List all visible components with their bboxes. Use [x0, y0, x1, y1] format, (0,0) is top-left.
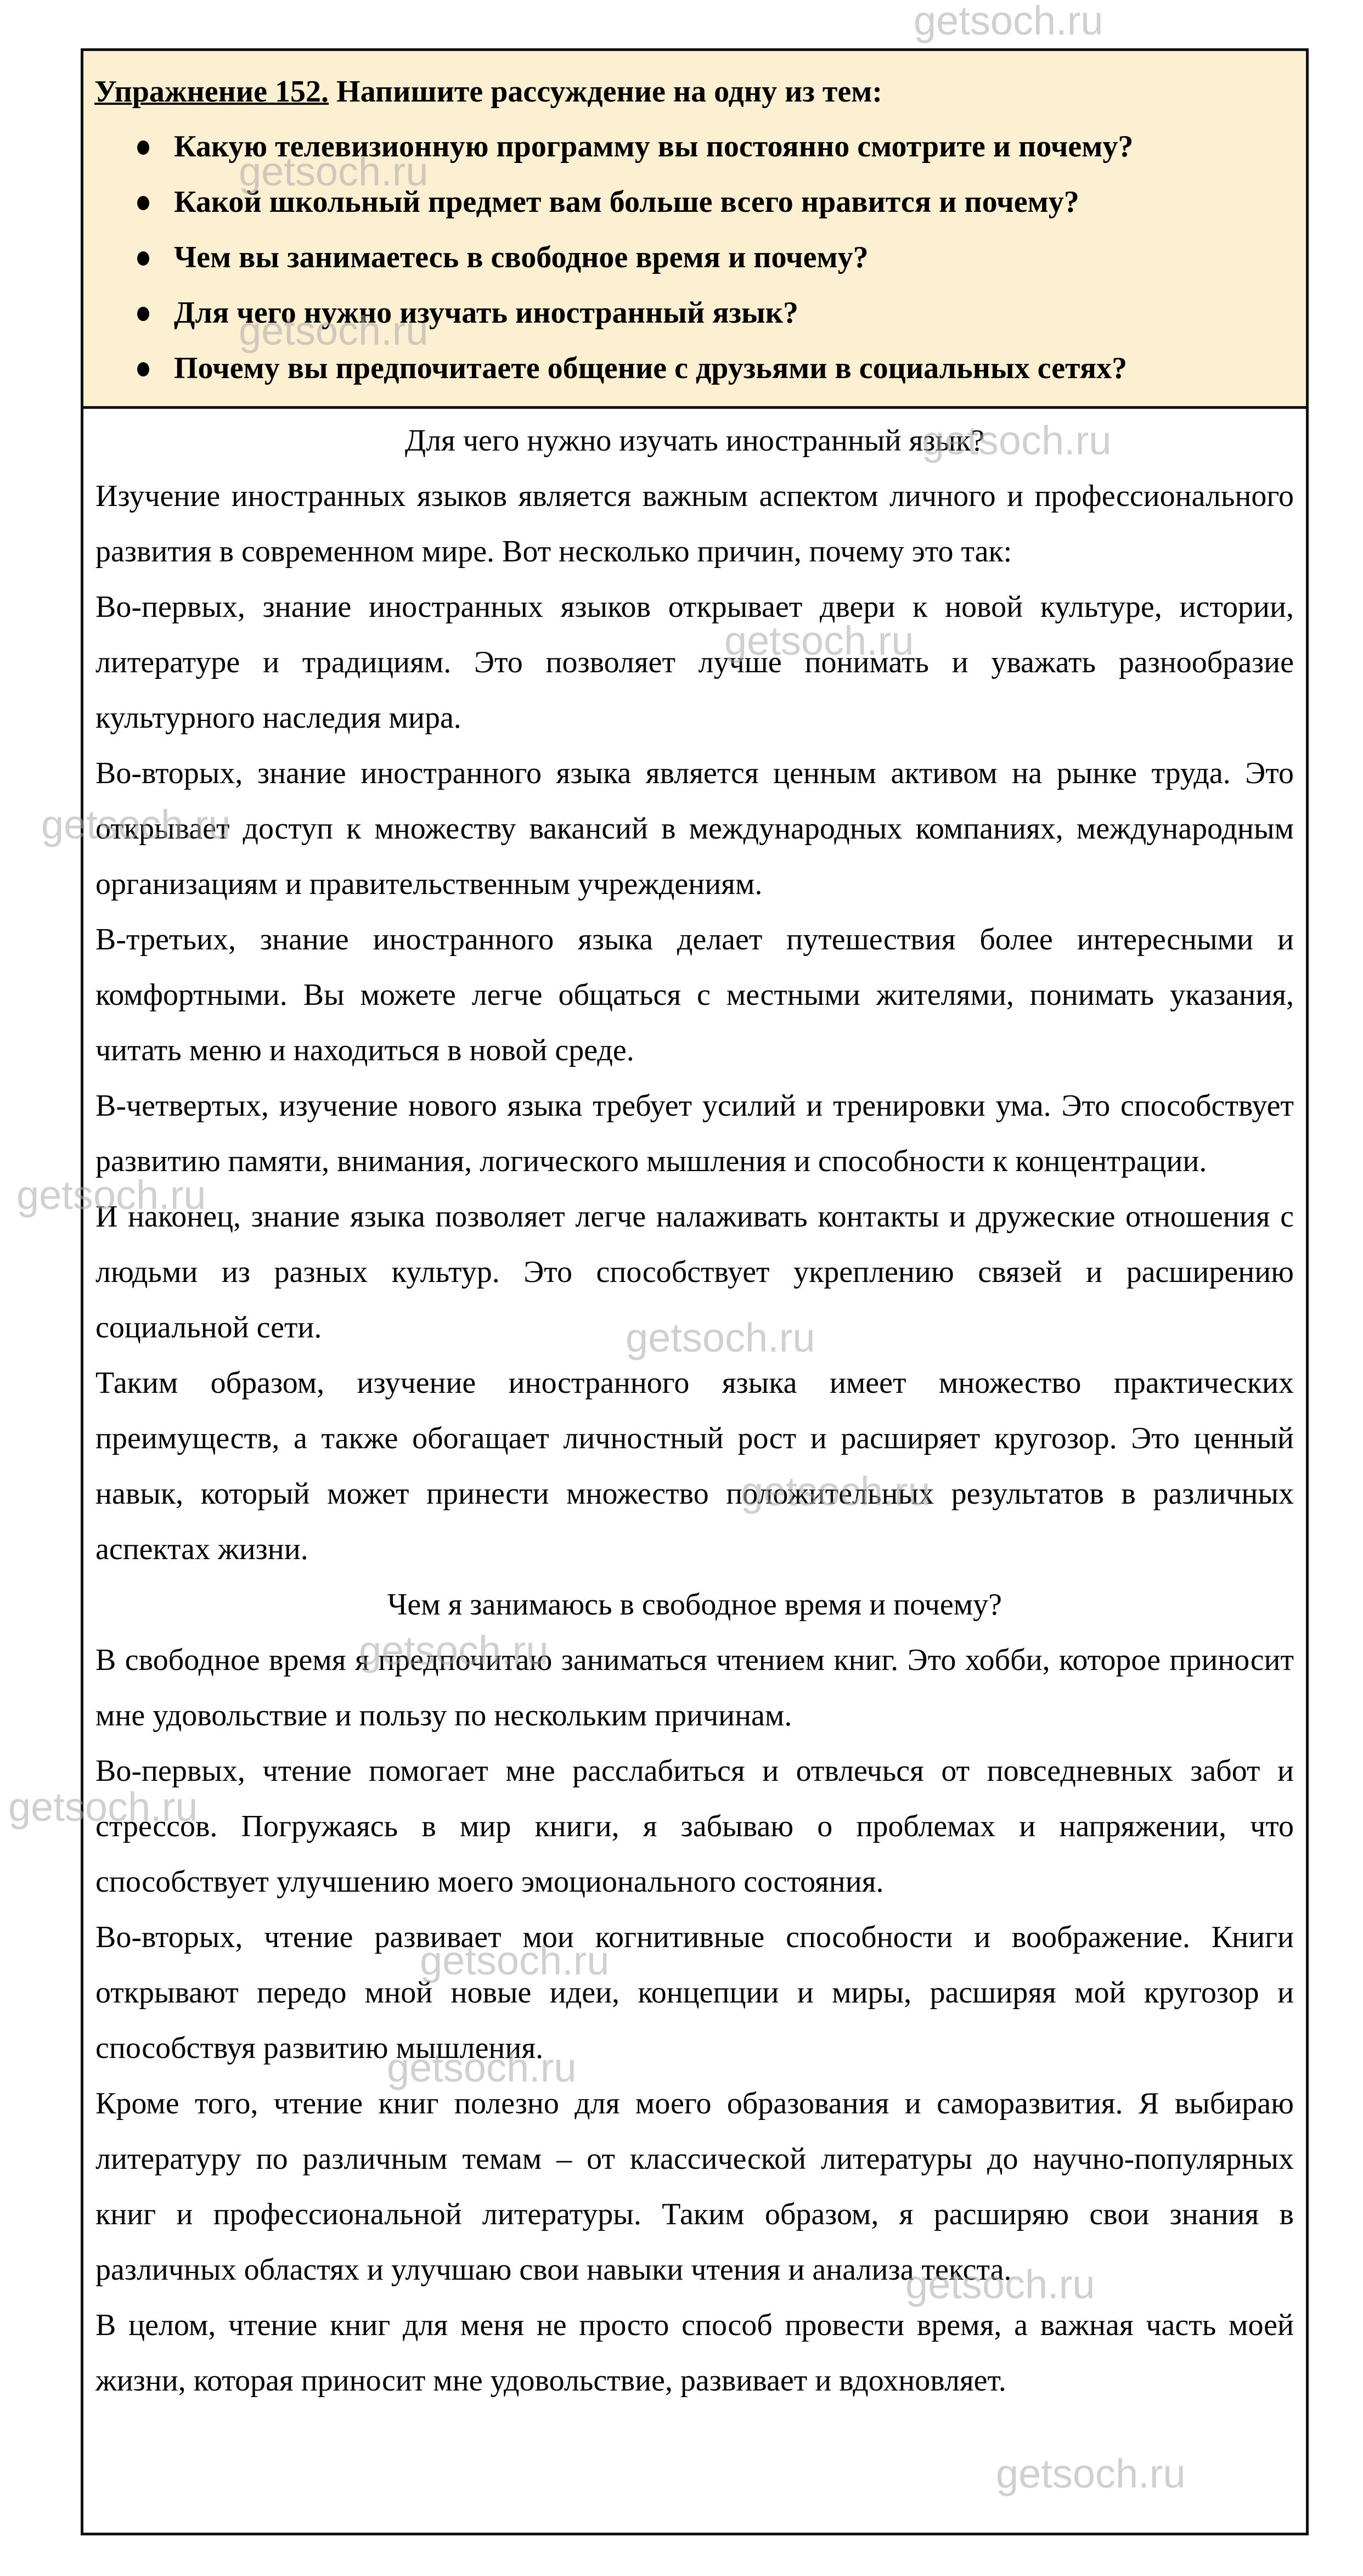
- exercise-number: Упражнение 152.: [94, 75, 329, 109]
- topic-item: Почему вы предпочитаете общение с друзья…: [94, 341, 1295, 396]
- essay-paragraph: В-третьих, знание иностранного языка дел…: [95, 912, 1294, 1078]
- essay-paragraph: Изучение иностранных языков является важ…: [95, 469, 1294, 580]
- essay-paragraph: В свободное время я предпочитаю занимать…: [95, 1633, 1294, 1743]
- task-header: Упражнение 152. Напишите рассуждение на …: [83, 51, 1306, 409]
- answer-body: Для чего нужно изучать иностранный язык?…: [83, 409, 1306, 2409]
- essay-paragraph: Во-вторых, чтение развивает мои когнитив…: [95, 1910, 1294, 2076]
- essay-paragraph: В-четвертых, изучение нового языка требу…: [95, 1078, 1294, 1189]
- essay-paragraph: В целом, чтение книг для меня не просто …: [95, 2298, 1294, 2409]
- topic-item: Чем вы занимаетесь в свободное время и п…: [94, 230, 1295, 285]
- essay-paragraph: Таким образом, изучение иностранного язы…: [95, 1356, 1294, 1577]
- topic-item: Какой школьный предмет вам больше всего …: [94, 175, 1295, 230]
- essay-paragraph: Во-вторых, знание иностранного языка явл…: [95, 746, 1294, 912]
- topic-item: Какую телевизионную программу вы постоян…: [94, 119, 1295, 175]
- exercise-box: Упражнение 152. Напишите рассуждение на …: [81, 48, 1309, 2535]
- essay-title: Для чего нужно изучать иностранный язык?: [95, 413, 1294, 469]
- topic-item: Для чего нужно изучать иностранный язык?: [94, 285, 1295, 341]
- essay-paragraph: Кроме того, чтение книг полезно для моег…: [95, 2076, 1294, 2298]
- watermark: getsoch.ru: [914, 0, 1103, 44]
- essay-title: Чем я занимаюсь в свободное время и поче…: [95, 1577, 1294, 1633]
- task-title: Упражнение 152. Напишите рассуждение на …: [94, 64, 1295, 119]
- essay-paragraph: И наконец, знание языка позволяет легче …: [95, 1189, 1294, 1356]
- essay-paragraph: Во-первых, знание иностранных языков отк…: [95, 580, 1294, 746]
- exercise-instruction: Напишите рассуждение на одну из тем:: [329, 75, 882, 109]
- essay-paragraph: Во-первых, чтение помогает мне расслабит…: [95, 1743, 1294, 1910]
- topic-list: Какую телевизионную программу вы постоян…: [94, 119, 1295, 396]
